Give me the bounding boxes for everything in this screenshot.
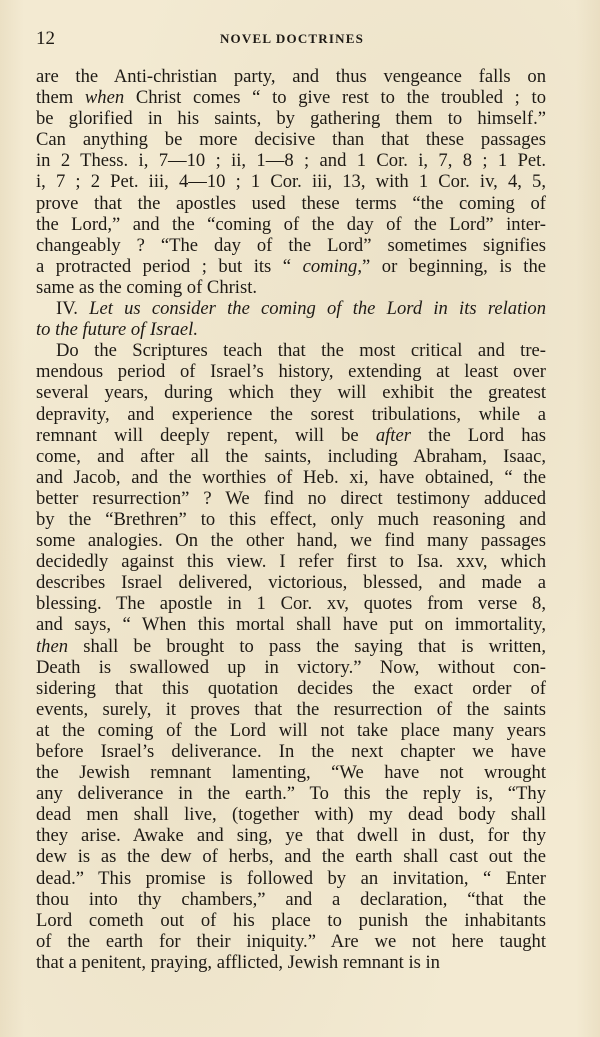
text-line: dead.” This promise is followed by an in…: [36, 868, 546, 889]
text-line: before Israel’s deliverance. In the next…: [36, 741, 546, 762]
text-line: Death is swallowed up in victory.” Now, …: [36, 657, 546, 678]
body-text: are the Anti-christian party, and thus v…: [36, 66, 546, 973]
text-line: and Jacob, and the worthies of Heb. xi, …: [36, 467, 546, 488]
text-segment: Death is swallowed up in victory.” Now, …: [36, 657, 546, 678]
text-line: IV. Let us consider the coming of the Lo…: [36, 298, 546, 319]
text-line: some analogies. On the other hand, we fi…: [36, 530, 546, 551]
text-segment: decidedly against this view. I refer fir…: [36, 551, 546, 572]
text-segment: they arise. Awake and sing, ye that dwel…: [36, 825, 546, 846]
text-line: that a penitent, praying, afflicted, Jew…: [36, 952, 546, 973]
text-line: Do the Scriptures teach that the most cr…: [36, 340, 546, 361]
text-line: they arise. Awake and sing, ye that dwel…: [36, 825, 546, 846]
text-line: Can anything be more decisive than that …: [36, 129, 546, 150]
text-segment: prove that the apostles used these terms…: [36, 193, 546, 214]
text-line: changeably ? “The day of the Lord” somet…: [36, 235, 546, 256]
text-segment: Can anything be more decisive than that …: [36, 129, 546, 150]
text-line: dead men shall live, (together with) my …: [36, 804, 546, 825]
text-line: come, and after all the saints, includin…: [36, 446, 546, 467]
text-line: describes Israel delivered, victorious, …: [36, 572, 546, 593]
text-line: be glorified in his saints, by gathering…: [36, 108, 546, 129]
text-segment: Do the Scriptures teach that the most cr…: [56, 340, 546, 361]
text-segment: better resurrection” ? We find no direct…: [36, 488, 546, 509]
text-line: mendous period of Israel’s history, exte…: [36, 361, 546, 382]
text-line: to the future of Israel.: [36, 319, 546, 340]
text-segment: the Jewish remnant lamenting, “We have n…: [36, 762, 546, 783]
text-segment: by the “Brethren” to this effect, only m…: [36, 509, 546, 530]
text-segment: sidering that this quotation decides the…: [36, 678, 546, 699]
text-line: events, surely, it proves that the resur…: [36, 699, 546, 720]
text-segment: the Lord,” and the “coming of the day of…: [36, 214, 546, 235]
italic-text: coming: [303, 256, 358, 277]
text-segment: thou into thy chambers,” and a declarati…: [36, 889, 546, 910]
text-segment: any deliverance in the earth.” To this t…: [36, 783, 546, 804]
text-line: decidedly against this view. I refer fir…: [36, 551, 546, 572]
text-segment: several years, during which they will ex…: [36, 382, 546, 403]
text-line: remnant will deeply repent, will be afte…: [36, 425, 546, 446]
text-line: sidering that this quotation decides the…: [36, 678, 546, 699]
text-segment: IV.: [56, 298, 89, 319]
text-line: and says, “ When this mortal shall have …: [36, 614, 546, 635]
text-line: prove that the apostles used these terms…: [36, 193, 546, 214]
text-segment: ,” or beginning, is the: [357, 256, 546, 277]
text-line: i, 7 ; 2 Pet. iii, 4—10 ; 1 Cor. iii, 13…: [36, 171, 546, 192]
text-segment: Lord cometh out of his place to punish t…: [36, 910, 546, 931]
running-title: NOVEL DOCTRINES: [36, 31, 548, 47]
text-segment: blessing. The apostle in 1 Cor. xv, quot…: [36, 593, 546, 614]
text-segment: dead men shall live, (together with) my …: [36, 804, 546, 825]
text-segment: them: [36, 87, 85, 108]
text-line: them when Christ comes “ to give rest to…: [36, 87, 546, 108]
text-line: any deliverance in the earth.” To this t…: [36, 783, 546, 804]
text-line: blessing. The apostle in 1 Cor. xv, quot…: [36, 593, 546, 614]
book-page: 12 NOVEL DOCTRINES are the Anti-christia…: [0, 0, 600, 1037]
text-line: are the Anti-christian party, and thus v…: [36, 66, 546, 87]
text-segment: mendous period of Israel’s history, exte…: [36, 361, 546, 382]
text-segment: events, surely, it proves that the resur…: [36, 699, 546, 720]
text-segment: same as the coming of Christ.: [36, 277, 257, 298]
text-segment: at the coming of the Lord will not take …: [36, 720, 546, 741]
text-line: better resurrection” ? We find no direct…: [36, 488, 546, 509]
italic-text: to the future of Israel.: [36, 319, 198, 340]
text-segment: the Lord has: [411, 425, 546, 446]
text-line: several years, during which they will ex…: [36, 382, 546, 403]
text-line: Lord cometh out of his place to punish t…: [36, 910, 546, 931]
text-segment: dew is as the dew of herbs, and the eart…: [36, 846, 546, 867]
text-segment: be glorified in his saints, by gathering…: [36, 108, 546, 129]
text-segment: that a penitent, praying, afflicted, Jew…: [36, 952, 440, 973]
text-line: dew is as the dew of herbs, and the eart…: [36, 846, 546, 867]
text-line: at the coming of the Lord will not take …: [36, 720, 546, 741]
text-segment: come, and after all the saints, includin…: [36, 446, 546, 467]
italic-text: Let us consider the coming of the Lord i…: [89, 298, 546, 319]
italic-text: after: [376, 425, 411, 446]
text-segment: shall be brought to pass the saying that…: [68, 636, 546, 657]
text-segment: in 2 Thess. i, 7—10 ; ii, 1—8 ; and 1 Co…: [36, 150, 546, 171]
text-line: same as the coming of Christ.: [36, 277, 546, 298]
text-segment: i, 7 ; 2 Pet. iii, 4—10 ; 1 Cor. iii, 13…: [36, 171, 546, 192]
text-segment: and Jacob, and the worthies of Heb. xi, …: [36, 467, 546, 488]
text-segment: a protracted period ; but its “: [36, 256, 303, 277]
text-segment: Christ comes “ to give rest to the troub…: [124, 87, 546, 108]
italic-text: then: [36, 636, 68, 657]
text-segment: are the Anti-christian party, and thus v…: [36, 66, 546, 87]
italic-text: when: [85, 87, 124, 108]
text-line: a protracted period ; but its “ coming,”…: [36, 256, 546, 277]
text-line: the Jewish remnant lamenting, “We have n…: [36, 762, 546, 783]
text-line: the Lord,” and the “coming of the day of…: [36, 214, 546, 235]
text-segment: some analogies. On the other hand, we fi…: [36, 530, 546, 551]
text-line: of the earth for their iniquity.” Are we…: [36, 931, 546, 952]
text-segment: dead.” This promise is followed by an in…: [36, 868, 546, 889]
text-line: in 2 Thess. i, 7—10 ; ii, 1—8 ; and 1 Co…: [36, 150, 546, 171]
text-line: then shall be brought to pass the saying…: [36, 636, 546, 657]
text-line: depravity, and experience the sorest tri…: [36, 404, 546, 425]
text-segment: changeably ? “The day of the Lord” somet…: [36, 235, 546, 256]
text-segment: and says, “ When this mortal shall have …: [36, 614, 546, 635]
text-segment: depravity, and experience the sorest tri…: [36, 404, 546, 425]
text-segment: before Israel’s deliverance. In the next…: [36, 741, 546, 762]
text-line: by the “Brethren” to this effect, only m…: [36, 509, 546, 530]
text-segment: describes Israel delivered, victorious, …: [36, 572, 546, 593]
text-segment: of the earth for their iniquity.” Are we…: [36, 931, 546, 952]
running-head: 12 NOVEL DOCTRINES: [36, 28, 548, 50]
text-segment: remnant will deeply repent, will be: [36, 425, 376, 446]
text-line: thou into thy chambers,” and a declarati…: [36, 889, 546, 910]
